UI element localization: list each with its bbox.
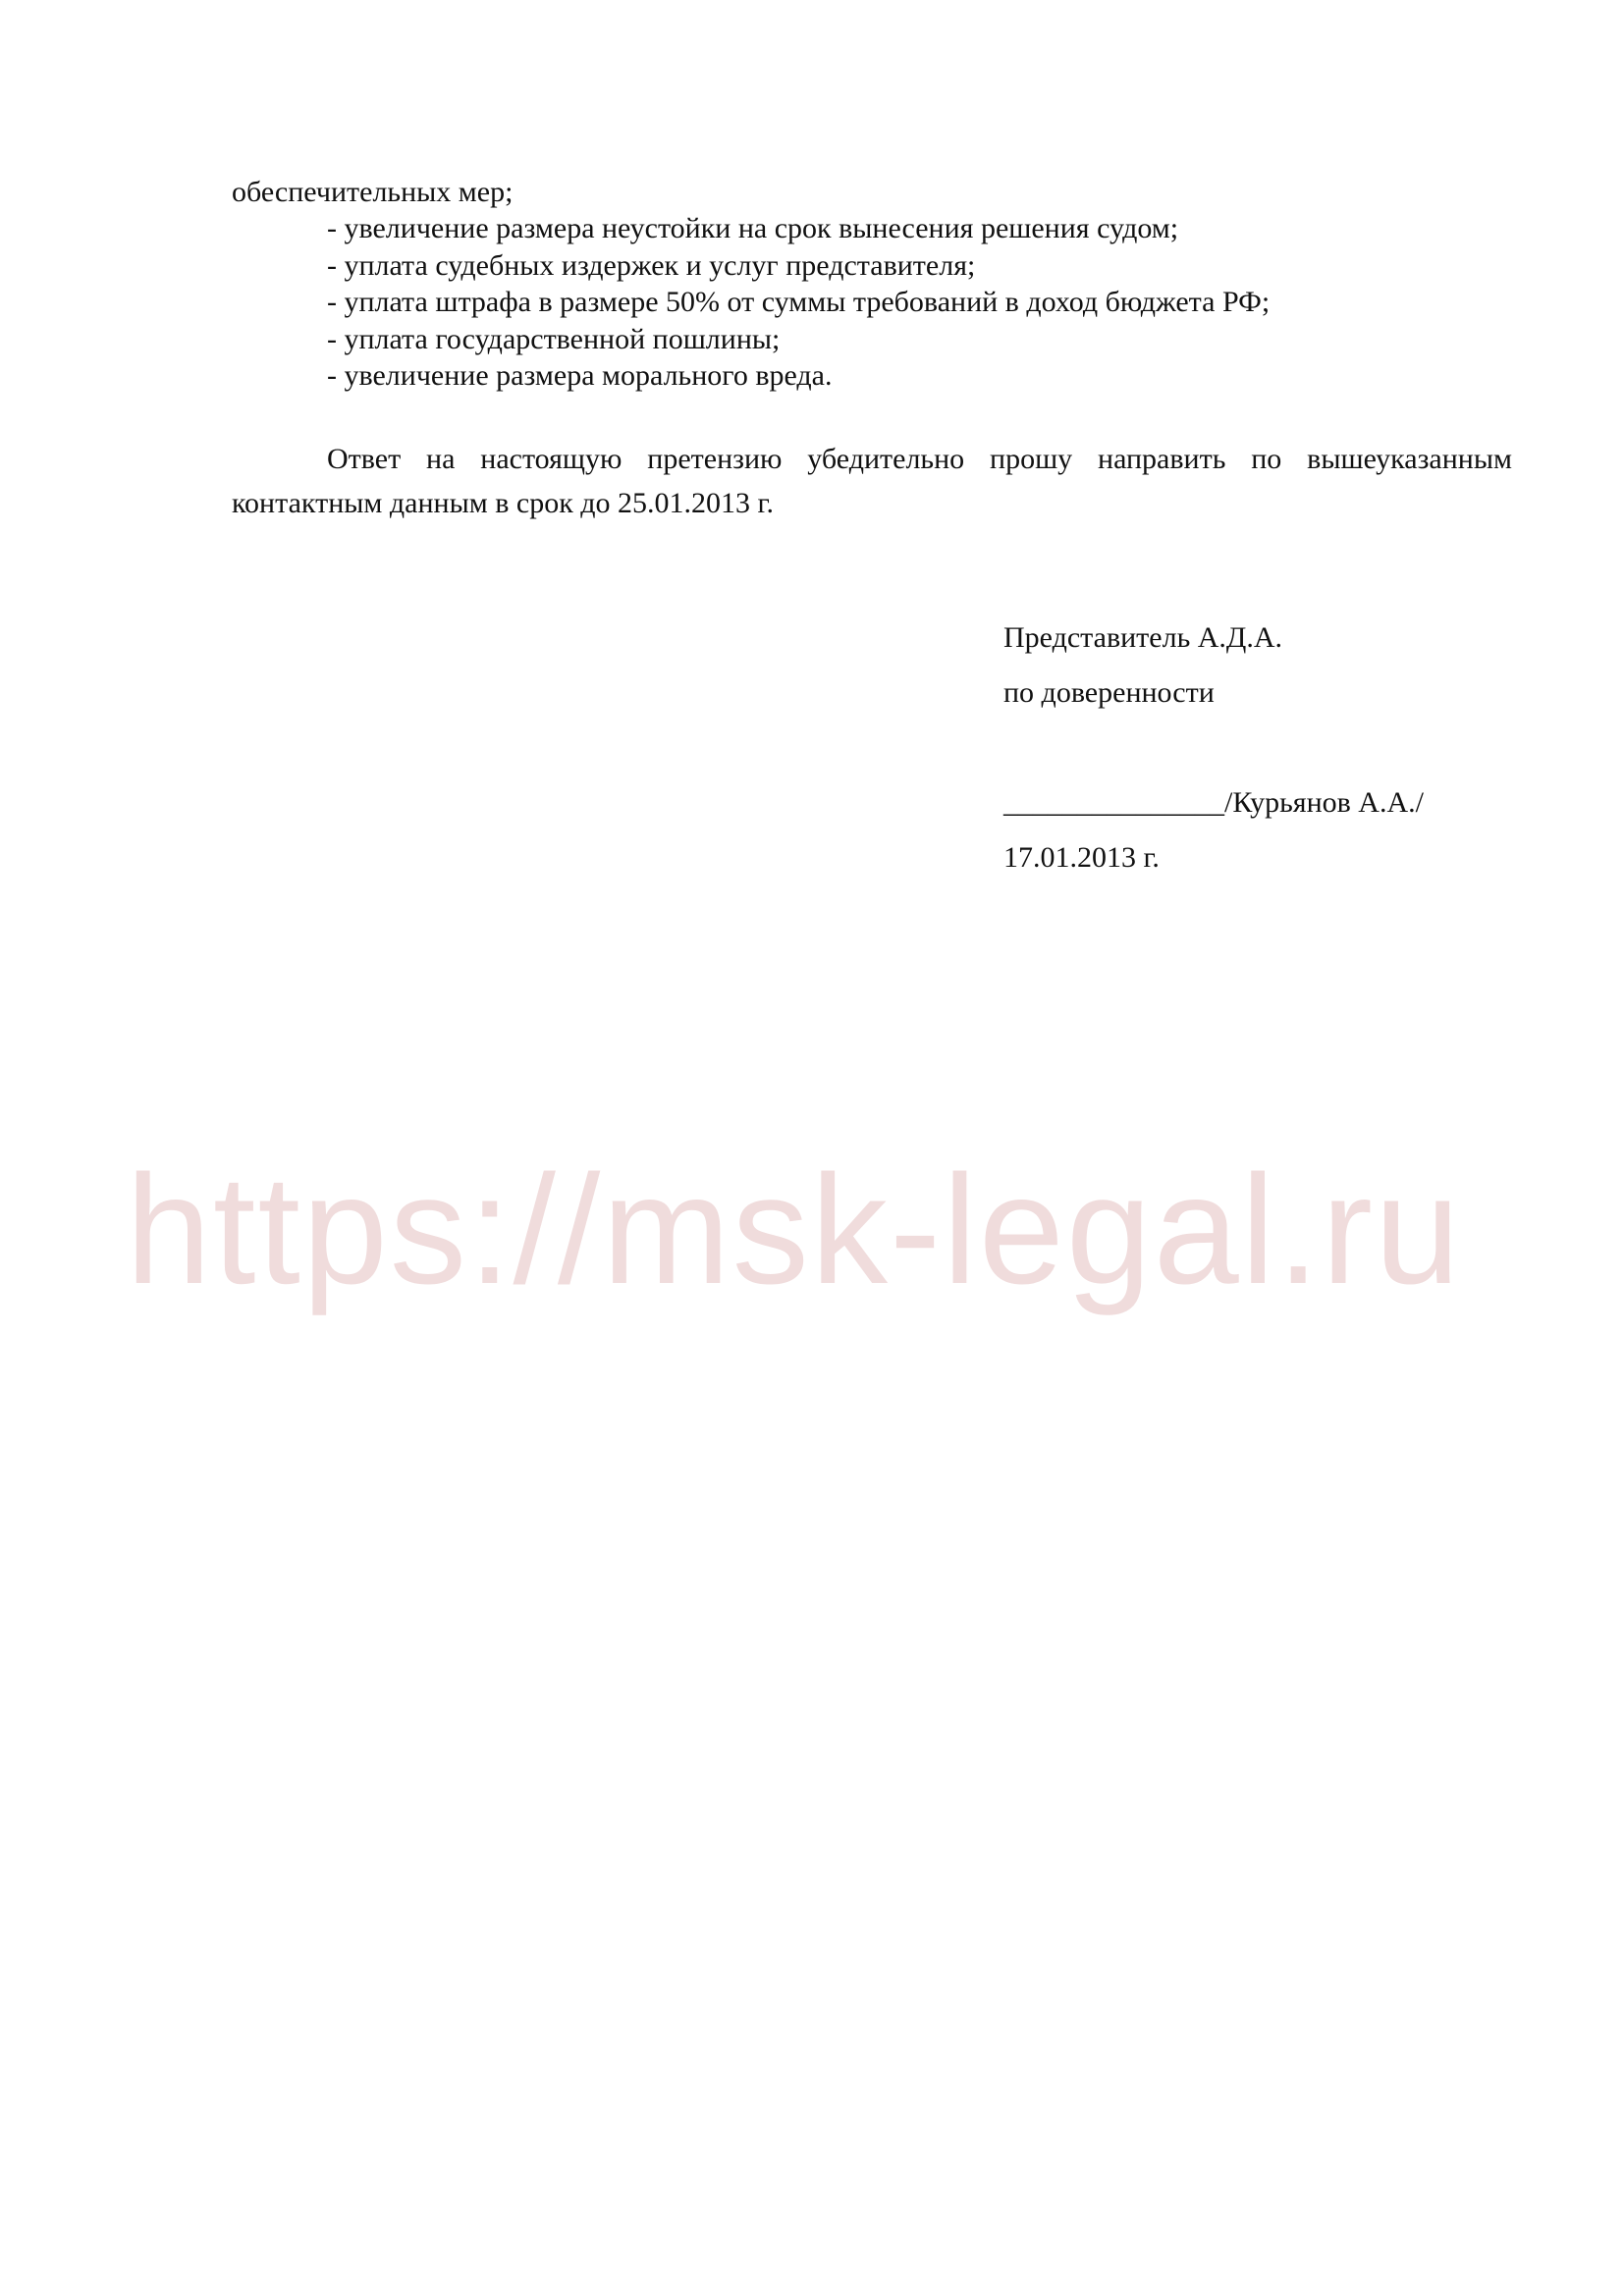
request-paragraph: Ответ на настоящую претензию убедительно… [232, 437, 1512, 525]
signature-date: 17.01.2013 г. [1003, 840, 1160, 876]
list-item: - уплата штрафа в размере 50% от суммы т… [327, 284, 1270, 321]
continuation-line: обеспечительных мер; [232, 175, 513, 210]
document-page: обеспечительных мер; - увеличение размер… [0, 0, 1624, 2296]
list-item: - увеличение размера морального вреда. [327, 357, 1270, 395]
list-item: - уплата государственной пошлины; [327, 321, 1270, 358]
list-item: - уплата судебных издержек и услуг предс… [327, 247, 1270, 285]
signatory-title: Представитель А.Д.А. [1003, 620, 1282, 656]
signatory-basis: по доверенности [1003, 675, 1215, 711]
list-item: - увеличение размера неустойки на срок в… [327, 210, 1270, 247]
signature-line: _______________/Курьянов А.А./ [1003, 785, 1424, 821]
watermark: https://msk-legal.ru [126, 1147, 1462, 1313]
requirements-list: - увеличение размера неустойки на срок в… [327, 210, 1270, 395]
